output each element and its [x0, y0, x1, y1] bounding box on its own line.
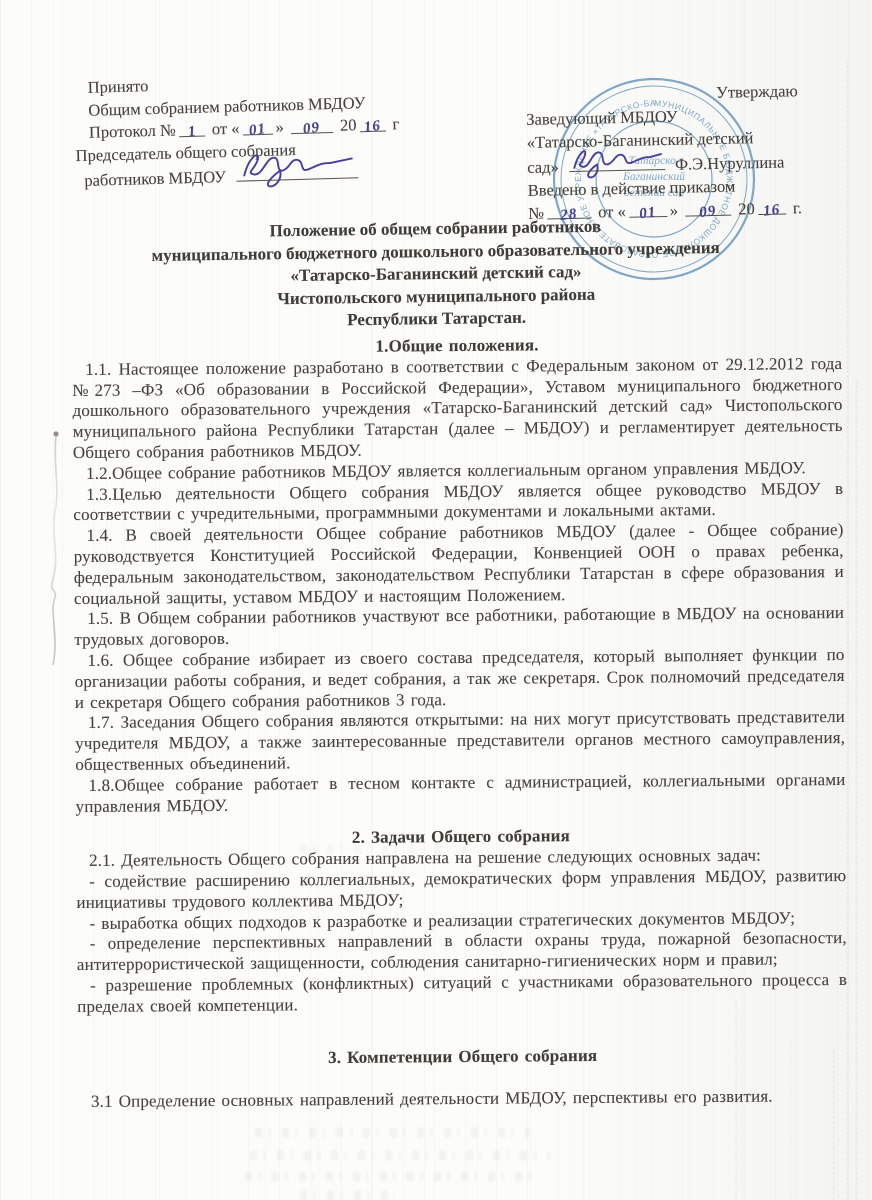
paragraph-1-1: 1.1. Настоящее положение разработано в с…: [72, 354, 843, 464]
day-handwritten: 01: [248, 118, 268, 143]
from-label: от «: [212, 119, 240, 139]
year-field: 16: [359, 114, 385, 133]
paragraph-1-6: 1.6. Общее собрание избирает из своего с…: [74, 645, 844, 713]
paragraph-1-3: 1.3.Целью деятельности Общего собрания М…: [73, 479, 843, 527]
accepted-block: Принято Общим собранием работников МБДОУ…: [73, 67, 448, 193]
scanned-document-page: МУНИЦИПАЛЬНОЕ БЮДЖЕТНОЕ ДОШКОЛЬНОЕ ОБРАЗ…: [0, 0, 872, 1200]
head-name: Ф.Э.Нуруллина: [675, 153, 785, 174]
section-2-tasks: 2. Задачи Общего собрания 2.1. Деятельно…: [76, 824, 847, 1017]
paragraph-1-5: 1.5. В Общем собрании работников участву…: [74, 603, 844, 651]
task-item: - содействие расширению коллегиальных, д…: [76, 866, 846, 914]
head-signature: [568, 140, 667, 180]
scan-streak: [856, 380, 857, 1200]
document-body: 1.Общие положения. 1.1. Настоящее положе…: [72, 333, 848, 1113]
day-field: 01: [242, 117, 272, 136]
chairman-signature-field: [236, 160, 358, 182]
year-prefix: 20: [340, 116, 357, 135]
protocol-number-field: 1: [178, 119, 204, 138]
section-3-competences: 3. Компетенции Общего собрания 3.1 Опред…: [78, 1043, 848, 1113]
document-title: Положение об общем собрании работников м…: [0, 212, 872, 337]
month-field: 09: [291, 115, 333, 134]
approved-block: Утверждаю Заведующий МБДОУ «Татарско-Баг…: [526, 79, 805, 225]
year-unit: г: [392, 114, 399, 133]
chairman-signature: [235, 143, 362, 191]
binding-thread: [40, 425, 74, 675]
month-handwritten: 09: [302, 117, 322, 142]
bleed-through-marks: [300, 1191, 395, 1200]
quote-close: »: [275, 118, 284, 137]
paragraph-1-4: 1.4. В своей деятельности Общее собрание…: [73, 520, 844, 609]
paragraph-1-8: 1.8.Общее собрание работает в тесном кон…: [75, 770, 845, 818]
section-3-heading: 3. Компетенции Общего собрания: [78, 1043, 848, 1070]
paragraph-3-1: 3.1 Определение основных направлений дея…: [78, 1086, 848, 1113]
accepted-line: работников МБДОУ: [84, 167, 226, 190]
task-item: - определение перспективных направлений …: [77, 928, 847, 976]
task-item: - разрешение проблемных (конфликтных) си…: [77, 970, 847, 1018]
paragraph-1-7: 1.7. Заседания Общего собрания являются …: [75, 707, 845, 775]
head-signature-field: [569, 151, 665, 172]
bleed-through-marks: [250, 1151, 550, 1160]
bleed-through-marks: [255, 1128, 530, 1137]
year-handwritten: 16: [363, 115, 383, 140]
approved-line: сад»: [527, 157, 559, 177]
protocol-number-handwritten: 1: [186, 121, 197, 145]
protocol-label: Протокол №: [89, 121, 176, 142]
section-1-general-provisions: 1.Общие положения. 1.1. Настоящее положе…: [72, 333, 846, 817]
bleed-through-marks: [245, 1172, 535, 1181]
